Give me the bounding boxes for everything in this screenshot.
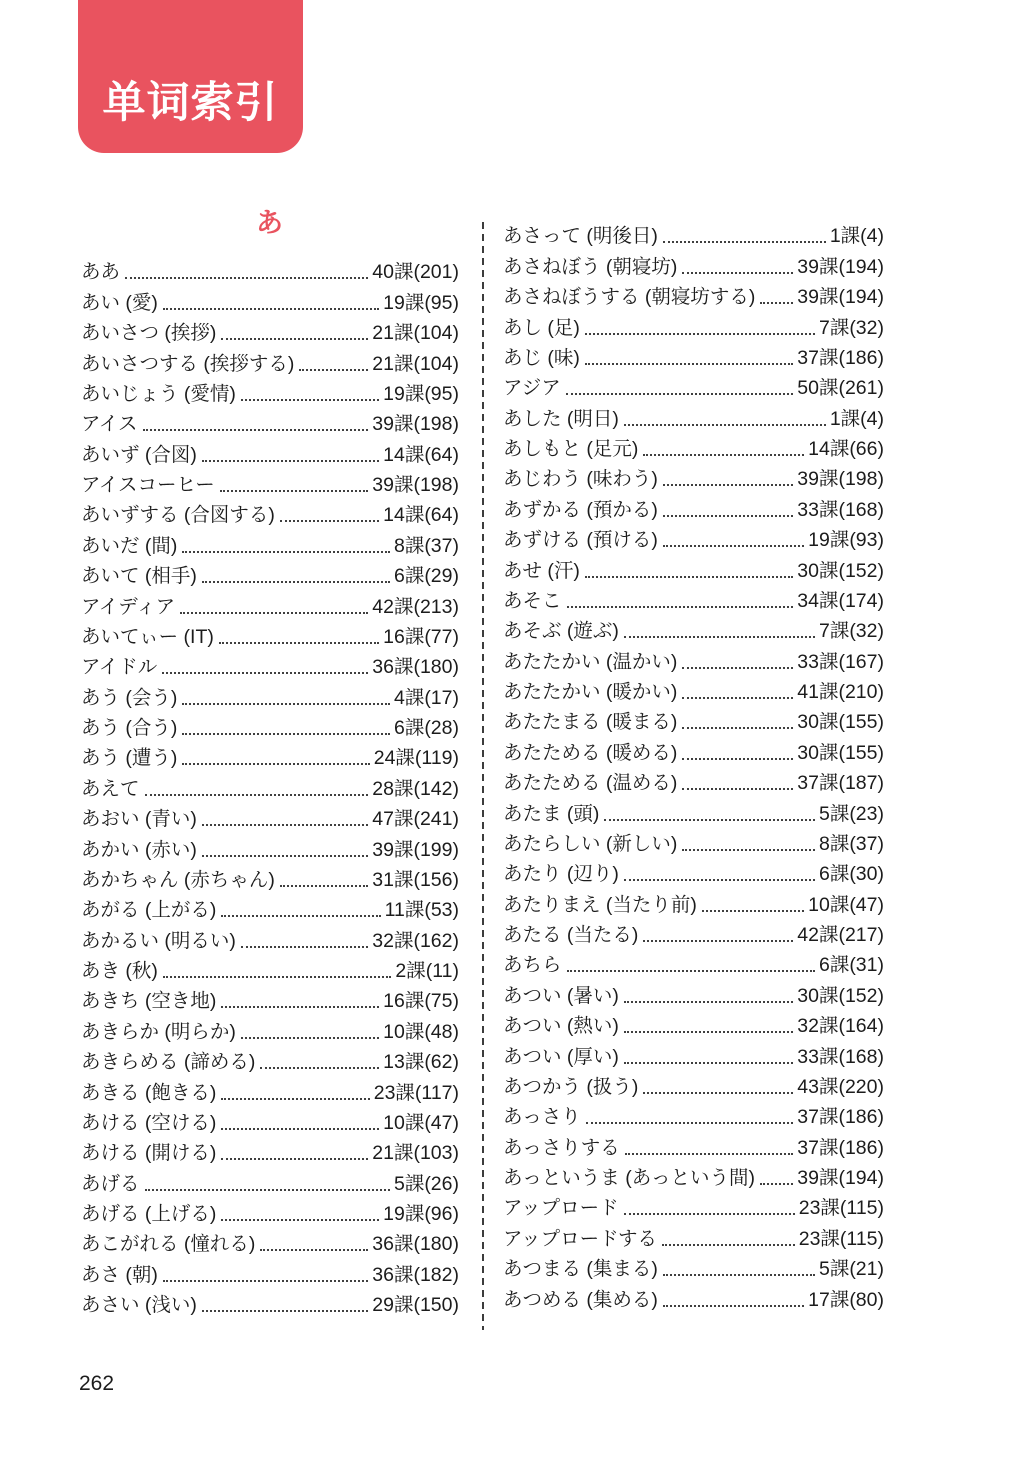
index-entry: アイスコーヒー39課(198) [81, 471, 459, 501]
index-entry: あたる (当たる)42課(217) [503, 921, 884, 951]
entry-ref: 36課(180) [372, 658, 459, 678]
entry-word: あう (会う) [81, 689, 177, 709]
page-title: 单词索引 [103, 69, 279, 130]
entry-ref: 21課(103) [372, 1144, 459, 1164]
entry-word: あそぶ (遊ぶ) [503, 622, 619, 642]
dot-leader [624, 1062, 793, 1064]
entry-word: あいず (合図) [81, 446, 197, 466]
index-entry: あたり (辺り)6課(30) [503, 860, 884, 890]
dot-leader [624, 879, 815, 881]
dot-leader [643, 940, 793, 942]
entry-word: アイスコーヒー [81, 476, 215, 496]
entry-ref: 39課(194) [797, 288, 884, 308]
dot-leader [221, 1006, 379, 1008]
index-entry: あつかう (扱う)43課(220) [503, 1073, 884, 1103]
dot-leader [221, 338, 368, 340]
entry-word: あかちゃん (赤ちゃん) [81, 871, 275, 891]
dot-leader [221, 1219, 379, 1221]
dot-leader [241, 946, 368, 948]
dot-leader [663, 515, 793, 517]
entry-ref: 33課(167) [797, 653, 884, 673]
index-entry: あおい (青い)47課(241) [81, 805, 459, 835]
entry-word: あじわう (味わう) [503, 470, 658, 490]
dot-leader [220, 490, 369, 492]
entry-ref: 24課(119) [374, 749, 459, 769]
entry-word: あいさつする (挨拶する) [81, 355, 294, 375]
dot-leader [219, 642, 379, 644]
index-entry: あきる (飽きる)23課(117) [81, 1078, 459, 1108]
entry-ref: 30課(155) [797, 744, 884, 764]
entry-word: あきらめる (諦める) [81, 1053, 255, 1073]
dot-leader [182, 551, 390, 553]
entry-ref: 14課(64) [383, 446, 459, 466]
entry-word: あう (遭う) [81, 749, 177, 769]
entry-ref: 31課(156) [372, 871, 459, 891]
entry-ref: 7課(32) [819, 319, 884, 339]
entry-word: あっというま (あっという間) [503, 1169, 755, 1189]
entry-word: あちら [503, 956, 562, 976]
entry-ref: 13課(62) [383, 1053, 459, 1073]
entry-word: あつい (厚い) [503, 1048, 619, 1068]
entry-ref: 6課(28) [394, 719, 459, 739]
entry-ref: 37課(187) [797, 774, 884, 794]
entry-ref: 6課(31) [819, 956, 884, 976]
index-entry: あずかる (預かる)33課(168) [503, 495, 884, 525]
entry-ref: 41課(210) [797, 683, 884, 703]
dot-leader [643, 1092, 793, 1094]
entry-ref: 4課(17) [394, 689, 459, 709]
dot-leader [125, 277, 368, 279]
entry-word: あつかう (扱う) [503, 1078, 638, 1098]
entry-word: あさ (朝) [81, 1266, 158, 1286]
entry-word: あせ (汗) [503, 562, 580, 582]
dot-leader [162, 672, 368, 674]
entry-ref: 43課(220) [797, 1078, 884, 1098]
entry-word: あさい (浅い) [81, 1296, 197, 1316]
entry-ref: 34課(174) [797, 592, 884, 612]
entry-word: あえて [81, 780, 140, 800]
entry-word: あいてぃー (IT) [81, 628, 214, 648]
index-entry: アジア50課(261) [503, 374, 884, 404]
dot-leader [182, 703, 390, 705]
entry-ref: 39課(198) [797, 470, 884, 490]
entry-ref: 14課(64) [383, 506, 459, 526]
dot-leader [760, 1183, 793, 1185]
entry-ref: 16課(75) [383, 992, 459, 1012]
index-entry: あたたまる (暖まる)30課(155) [503, 708, 884, 738]
index-entry: ああ40課(201) [81, 258, 459, 288]
entry-ref: 39課(198) [372, 415, 459, 435]
entry-ref: 36課(180) [372, 1235, 459, 1255]
page-number: 262 [79, 1371, 114, 1396]
dot-leader [260, 1249, 368, 1251]
entry-word: あずける (預ける) [503, 531, 658, 551]
entry-word: あける (空ける) [81, 1114, 216, 1134]
dot-leader [241, 1037, 379, 1039]
index-entry: あける (開ける)21課(103) [81, 1139, 459, 1169]
entry-word: あし (足) [503, 319, 580, 339]
index-entry: あちら6課(31) [503, 951, 884, 981]
entry-ref: 10課(47) [808, 896, 884, 916]
dot-leader [663, 1274, 815, 1276]
dot-leader [280, 520, 379, 522]
index-entry: あつめる (集める)17課(80) [503, 1285, 884, 1315]
entry-ref: 16課(77) [383, 628, 459, 648]
entry-ref: 19課(96) [383, 1205, 459, 1225]
page-title-badge: 单词索引 [78, 0, 303, 153]
dot-leader [163, 308, 379, 310]
entry-word: あいて (相手) [81, 567, 197, 587]
index-entry: あかるい (明るい)32課(162) [81, 926, 459, 956]
entry-word: あたたかい (温かい) [503, 653, 677, 673]
index-entry: あたらしい (新しい)8課(37) [503, 830, 884, 860]
entry-word: あたま (頭) [503, 805, 599, 825]
entry-ref: 37課(186) [797, 1108, 884, 1128]
entry-ref: 5課(23) [819, 805, 884, 825]
index-entry: あいさつ (挨拶)21課(104) [81, 319, 459, 349]
entry-word: あう (合う) [81, 719, 177, 739]
entry-word: あさって (明後日) [503, 227, 658, 247]
entry-word: アジア [503, 379, 561, 399]
index-entry: あたりまえ (当たり前)10課(47) [503, 890, 884, 920]
entry-word: あい (愛) [81, 294, 158, 314]
index-entry: あずける (預ける)19課(93) [503, 526, 884, 556]
entry-ref: 37課(186) [797, 1139, 884, 1159]
entry-ref: 33課(168) [797, 1048, 884, 1068]
index-entry: あたためる (温める)37課(187) [503, 769, 884, 799]
dot-leader [682, 788, 793, 790]
dot-leader [202, 460, 379, 462]
entry-word: あつまる (集まる) [503, 1260, 658, 1280]
entry-ref: 37課(186) [797, 349, 884, 369]
dot-leader [682, 849, 815, 851]
dot-leader [221, 1128, 379, 1130]
entry-ref: 32課(162) [372, 932, 459, 952]
entry-word: あき (秋) [81, 962, 158, 982]
index-entry: あかちゃん (赤ちゃん)31課(156) [81, 866, 459, 896]
index-entry: あいず (合図)14課(64) [81, 440, 459, 470]
dot-leader [566, 393, 794, 395]
entry-ref: 10課(48) [383, 1023, 459, 1043]
entry-word: あこがれる (憧れる) [81, 1235, 255, 1255]
entry-ref: 17課(80) [808, 1291, 884, 1311]
entry-ref: 19課(93) [808, 531, 884, 551]
entry-ref: 19課(95) [383, 385, 459, 405]
entry-ref: 23課(115) [799, 1199, 884, 1219]
dot-leader [202, 581, 390, 583]
entry-word: あそこ [503, 592, 562, 612]
index-entry: あさって (明後日)1課(4) [503, 222, 884, 252]
index-entry: あしもと (足元)14課(66) [503, 435, 884, 465]
index-entry: あそぶ (遊ぶ)7課(32) [503, 617, 884, 647]
index-entry: あげる5課(26) [81, 1169, 459, 1199]
dot-leader [145, 1189, 390, 1191]
entry-word: あきらか (明らか) [81, 1023, 236, 1043]
dot-leader [760, 302, 793, 304]
index-entry: あう (会う)4課(17) [81, 683, 459, 713]
entry-word: あつい (熱い) [503, 1017, 619, 1037]
entry-ref: 29課(150) [372, 1296, 459, 1316]
dot-leader [180, 612, 368, 614]
index-entry: あき (秋)2課(11) [81, 957, 459, 987]
entry-word: アイス [81, 415, 138, 435]
entry-word: あつい (暑い) [503, 987, 619, 1007]
entry-ref: 14課(66) [808, 440, 884, 460]
dot-leader [567, 970, 815, 972]
index-entry: あたま (頭)5課(23) [503, 799, 884, 829]
index-entry: あっさりする37課(186) [503, 1133, 884, 1163]
dot-leader [221, 1158, 368, 1160]
index-entry: アップロード23課(115) [503, 1194, 884, 1224]
index-entry: アイドル36課(180) [81, 653, 459, 683]
index-entry: あう (遭う)24課(119) [81, 744, 459, 774]
index-entry: あきち (空き地)16課(75) [81, 987, 459, 1017]
entry-ref: 2課(11) [395, 962, 459, 982]
index-entry: あそこ34課(174) [503, 587, 884, 617]
entry-word: あける (開ける) [81, 1144, 216, 1164]
entry-word: あつめる (集める) [503, 1291, 658, 1311]
entry-word: あたらしい (新しい) [503, 835, 677, 855]
entry-word: あたりまえ (当たり前) [503, 896, 697, 916]
entry-ref: 50課(261) [797, 379, 884, 399]
dot-leader [182, 733, 390, 735]
index-entry: あつい (熱い)32課(164) [503, 1012, 884, 1042]
dot-leader [682, 697, 793, 699]
entry-word: あずかる (預かる) [503, 501, 658, 521]
index-entry: あつい (厚い)33課(168) [503, 1042, 884, 1072]
index-entry: あける (空ける)10課(47) [81, 1109, 459, 1139]
entry-ref: 5課(26) [394, 1175, 459, 1195]
entry-ref: 30課(152) [797, 562, 884, 582]
dot-leader [221, 915, 380, 917]
entry-ref: 47課(241) [372, 810, 459, 830]
entry-word: あいじょう (愛情) [81, 385, 236, 405]
dot-leader [202, 1310, 368, 1312]
index-entry: あたたかい (暖かい)41課(210) [503, 678, 884, 708]
entry-word: あがる (上がる) [81, 901, 216, 921]
index-entry: あつまる (集まる)5課(21) [503, 1255, 884, 1285]
entry-word: あいさつ (挨拶) [81, 324, 216, 344]
dot-leader [182, 763, 369, 765]
index-entry: あたたかい (温かい)33課(167) [503, 647, 884, 677]
dot-leader [624, 636, 815, 638]
dot-leader [663, 1305, 804, 1307]
index-entry: あさねぼうする (朝寝坊する)39課(194) [503, 283, 884, 313]
entry-ref: 8課(37) [394, 537, 459, 557]
entry-ref: 5課(21) [819, 1260, 884, 1280]
entry-word: ああ [81, 263, 120, 283]
dot-leader [682, 272, 793, 274]
entry-ref: 42課(213) [372, 598, 459, 618]
entry-word: あたり (辺り) [503, 865, 619, 885]
index-entry: あっさり37課(186) [503, 1103, 884, 1133]
entry-ref: 8課(37) [819, 835, 884, 855]
entry-ref: 6課(29) [394, 567, 459, 587]
section-label-a: あ [81, 210, 458, 237]
entry-ref: 42課(217) [797, 926, 884, 946]
entry-word: あかい (赤い) [81, 841, 197, 861]
index-entry: あいじょう (愛情)19課(95) [81, 380, 459, 410]
entry-ref: 11課(53) [385, 901, 459, 921]
entry-word: あげる [81, 1175, 140, 1195]
entry-word: あかるい (明るい) [81, 932, 236, 952]
entry-ref: 32課(164) [797, 1017, 884, 1037]
entry-word: あおい (青い) [81, 810, 197, 830]
entry-ref: 6課(30) [819, 865, 884, 885]
dot-leader [625, 1153, 793, 1155]
dot-leader [202, 824, 368, 826]
dot-leader [585, 333, 815, 335]
index-entry: あたためる (暖める)30課(155) [503, 738, 884, 768]
index-entry: あい (愛)19課(95) [81, 288, 459, 318]
index-entry: あかい (赤い)39課(199) [81, 835, 459, 865]
dot-leader [280, 885, 368, 887]
dot-leader [682, 727, 793, 729]
entry-ref: 33課(168) [797, 501, 884, 521]
index-entry: あした (明日)1課(4) [503, 404, 884, 434]
entry-ref: 39課(194) [797, 1169, 884, 1189]
dot-leader [145, 794, 369, 796]
dot-leader [163, 1280, 368, 1282]
entry-word: あたためる (暖める) [503, 744, 677, 764]
index-entry: あいずする (合図する)14課(64) [81, 501, 459, 531]
entry-word: あいだ (間) [81, 537, 177, 557]
dot-leader [604, 819, 815, 821]
entry-ref: 39課(199) [372, 841, 459, 861]
index-entry: あう (合う)6課(28) [81, 714, 459, 744]
entry-word: あきる (飽きる) [81, 1084, 216, 1104]
index-entry: あさねぼう (朝寝坊)39課(194) [503, 252, 884, 282]
entry-word: あたたまる (暖まる) [503, 713, 677, 733]
entry-ref: 21課(104) [372, 355, 459, 375]
column-divider [482, 222, 484, 1330]
entry-ref: 28課(142) [372, 780, 459, 800]
dot-leader [662, 1244, 795, 1246]
entry-ref: 40課(201) [372, 263, 459, 283]
dot-leader [241, 399, 379, 401]
index-entry: あじわう (味わう)39課(198) [503, 465, 884, 495]
dot-leader [260, 1067, 379, 1069]
dot-leader [299, 369, 368, 371]
index-entry: あつい (暑い)30課(152) [503, 981, 884, 1011]
entry-ref: 36課(182) [372, 1266, 459, 1286]
entry-ref: 30課(155) [797, 713, 884, 733]
index-entry: あきらめる (諦める)13課(62) [81, 1048, 459, 1078]
entry-word: あさねぼう (朝寝坊) [503, 258, 677, 278]
dot-leader [585, 576, 793, 578]
dot-leader [624, 1001, 793, 1003]
index-entry: アイス39課(198) [81, 410, 459, 440]
index-entry: あし (足)7課(32) [503, 313, 884, 343]
entry-ref: 19課(95) [383, 294, 459, 314]
index-entry: あげる (上げる)19課(96) [81, 1200, 459, 1230]
index-entry: あじ (味)37課(186) [503, 344, 884, 374]
dot-leader [163, 976, 392, 978]
entry-ref: 23課(115) [799, 1230, 884, 1250]
dot-leader [586, 1122, 793, 1124]
entry-word: アイディア [81, 598, 175, 618]
index-entry: あせ (汗)30課(152) [503, 556, 884, 586]
entry-ref: 23課(117) [374, 1084, 459, 1104]
index-page: 单词索引 あ ああ40課(201)あい (愛)19課(95)あいさつ (挨拶)2… [0, 0, 1024, 1457]
entry-word: あたためる (温める) [503, 774, 677, 794]
entry-ref: 7課(32) [819, 622, 884, 642]
index-entry: あさ (朝)36課(182) [81, 1260, 459, 1290]
index-entry: あいてぃー (IT)16課(77) [81, 623, 459, 653]
entry-word: あじ (味) [503, 349, 580, 369]
index-entry: あがる (上がる)11課(53) [81, 896, 459, 926]
entry-ref: 10課(47) [383, 1114, 459, 1134]
dot-leader [143, 429, 369, 431]
dot-leader [624, 1031, 793, 1033]
dot-leader [585, 363, 793, 365]
entry-word: あいずする (合図する) [81, 506, 275, 526]
dot-leader [682, 758, 793, 760]
entry-word: あげる (上げる) [81, 1205, 216, 1225]
entry-word: あたたかい (暖かい) [503, 683, 677, 703]
dot-leader [682, 667, 793, 669]
index-column-right: あさって (明後日)1課(4)あさねぼう (朝寝坊)39課(194)あさねぼうす… [503, 222, 884, 1316]
index-entry: あっというま (あっという間)39課(194) [503, 1164, 884, 1194]
dot-leader [663, 484, 793, 486]
index-entry: アップロードする23課(115) [503, 1224, 884, 1254]
entry-ref: 21課(104) [372, 324, 459, 344]
entry-ref: 30課(152) [797, 987, 884, 1007]
index-entry: あえて28課(142) [81, 774, 459, 804]
entry-word: あたる (当たる) [503, 926, 638, 946]
dot-leader [624, 1213, 795, 1215]
entry-word: アップロードする [503, 1230, 657, 1250]
entry-ref: 1課(4) [830, 410, 884, 430]
dot-leader [202, 855, 368, 857]
index-column-left: ああ40課(201)あい (愛)19課(95)あいさつ (挨拶)21課(104)… [81, 258, 459, 1321]
index-entry: あこがれる (憧れる)36課(180) [81, 1230, 459, 1260]
index-entry: アイディア42課(213) [81, 592, 459, 622]
entry-word: あさねぼうする (朝寝坊する) [503, 288, 755, 308]
index-entry: あきらか (明らか)10課(48) [81, 1017, 459, 1047]
entry-ref: 39課(198) [372, 476, 459, 496]
entry-word: あっさり [503, 1108, 581, 1128]
dot-leader [663, 545, 804, 547]
dot-leader [221, 1098, 369, 1100]
dot-leader [663, 241, 826, 243]
entry-ref: 39課(194) [797, 258, 884, 278]
entry-word: あっさりする [503, 1139, 620, 1159]
dot-leader [643, 454, 804, 456]
index-entry: あいて (相手)6課(29) [81, 562, 459, 592]
dot-leader [702, 910, 804, 912]
dot-leader [567, 606, 794, 608]
entry-word: アイドル [81, 658, 157, 678]
dot-leader [624, 424, 826, 426]
entry-word: あした (明日) [503, 410, 619, 430]
index-entry: あいだ (間)8課(37) [81, 531, 459, 561]
entry-word: アップロード [503, 1199, 619, 1219]
entry-word: あしもと (足元) [503, 440, 638, 460]
entry-ref: 1課(4) [830, 227, 884, 247]
index-entry: あさい (浅い)29課(150) [81, 1291, 459, 1321]
index-entry: あいさつする (挨拶する)21課(104) [81, 349, 459, 379]
entry-word: あきち (空き地) [81, 992, 216, 1012]
